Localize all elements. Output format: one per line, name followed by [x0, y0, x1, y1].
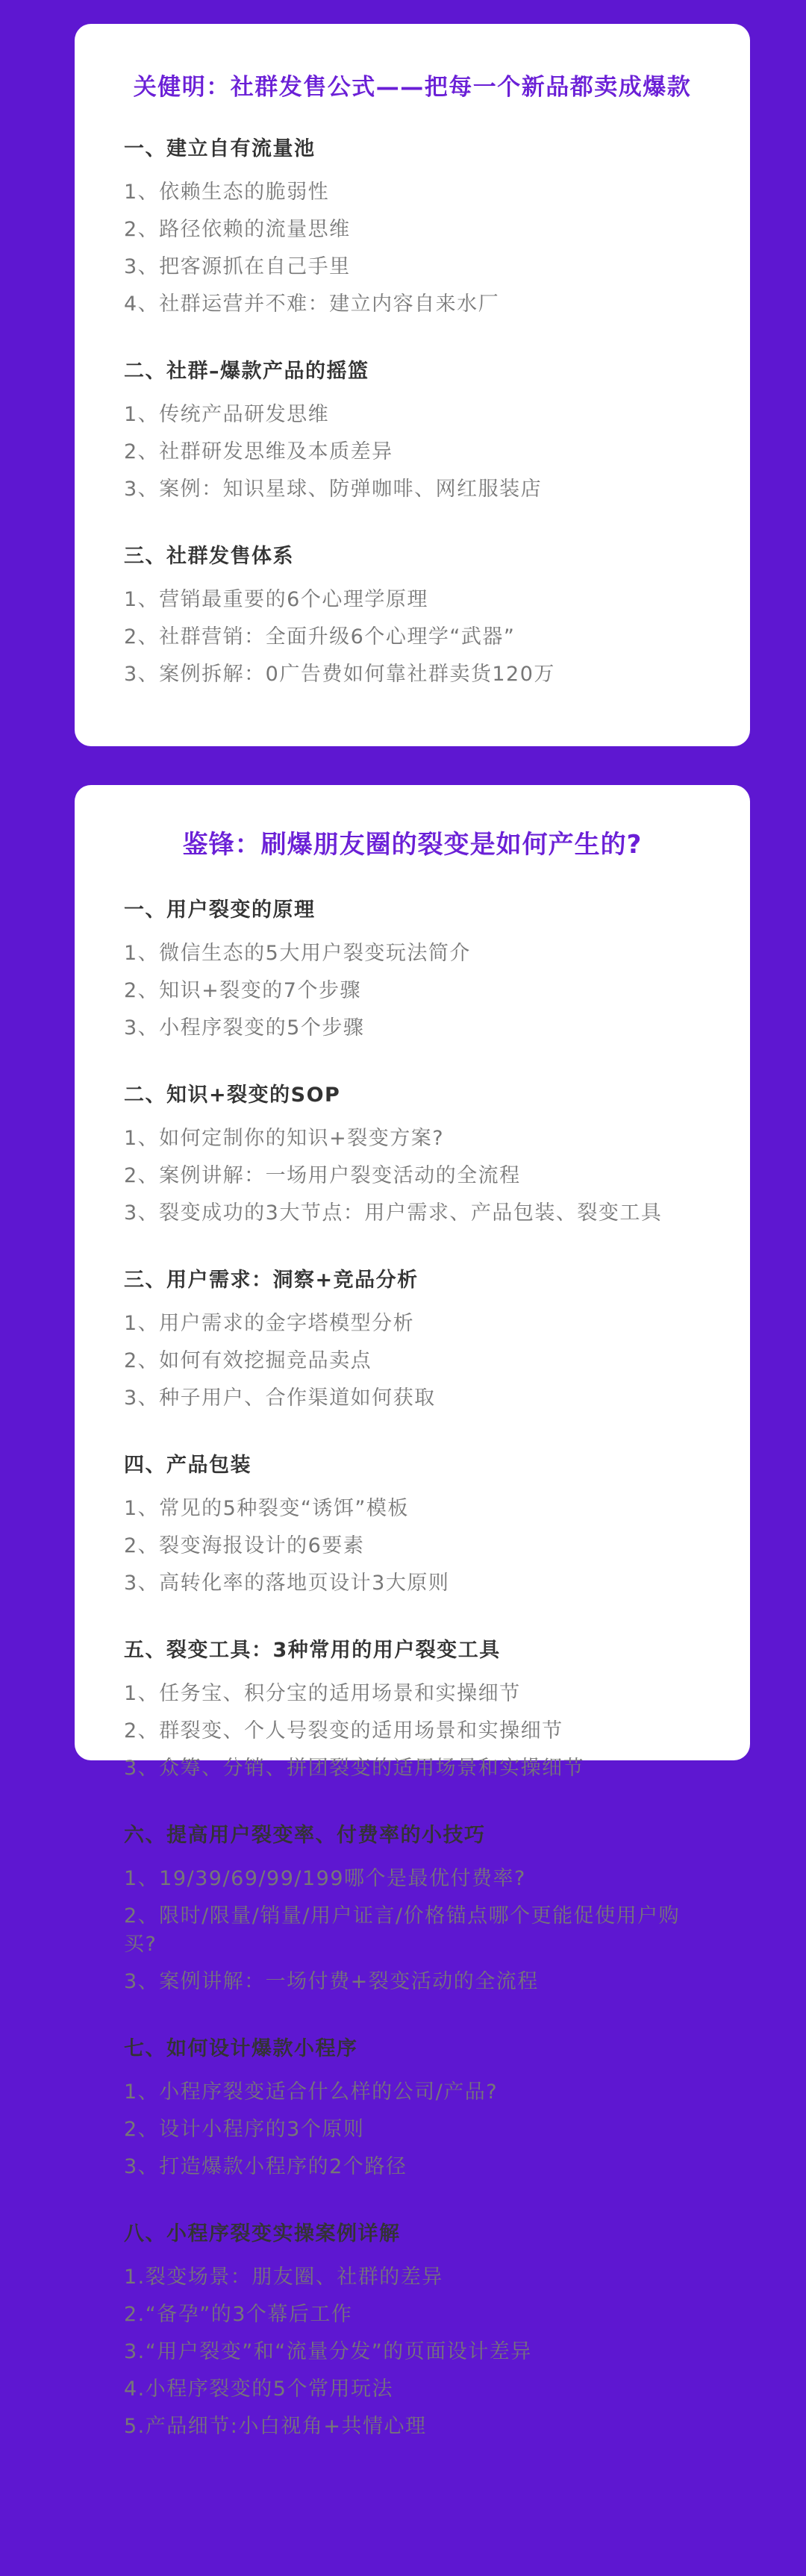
outline-item: 2.“备孕”的3个幕后工作 [124, 2301, 702, 2329]
section-heading: 二、知识+裂变的SOP [124, 1081, 705, 1110]
outline-item: 5.产品细节:小白视角+共情心理 [124, 2413, 702, 2441]
section-heading: 四、产品包装 [124, 1451, 705, 1480]
outline-section: 四、产品包装 1、常见的5种裂变“诱饵”模板 2、裂变海报设计的6要素 3、高转… [124, 1451, 705, 1598]
outline-section: 一、用户裂变的原理 1、微信生态的5大用户裂变玩法简介 2、知识+裂变的7个步骤… [124, 896, 705, 1042]
outline-item: 1、微信生态的5大用户裂变玩法简介 [124, 940, 702, 968]
outline-item: 1.裂变场景：朋友圈、社群的差异 [124, 2263, 702, 2292]
outline-section: 六、提高用户裂变率、付费率的小技巧 1、19/39/69/99/199哪个是最优… [124, 1822, 705, 1996]
outline-item: 2、社群营销：全面升级6个心理学“武器” [124, 623, 702, 651]
outline-item: 2、路径依赖的流量思维 [124, 216, 702, 244]
outline-item: 2、限时/限量/销量/用户证言/价格锚点哪个更能促使用户购买? [124, 1902, 702, 1959]
outline-item: 2、如何有效挖掘竞品卖点 [124, 1347, 702, 1375]
outline-item: 2、知识+裂变的7个步骤 [124, 977, 702, 1005]
section-heading: 七、如何设计爆款小程序 [124, 2035, 705, 2063]
outline-item: 1、19/39/69/99/199哪个是最优付费率? [124, 1865, 702, 1893]
outline-item: 1、任务宝、积分宝的适用场景和实操细节 [124, 1680, 702, 1708]
outline-item: 3、高转化率的落地页设计3大原则 [124, 1569, 702, 1598]
course-card-guan-jianming: 关健明：社群发售公式——把每一个新品都卖成爆款 一、建立自有流量池 1、依赖生态… [75, 24, 750, 746]
outline-section: 三、用户需求：洞察+竞品分析 1、用户需求的金字塔模型分析 2、如何有效挖掘竞品… [124, 1266, 705, 1413]
section-heading: 二、社群–爆款产品的摇篮 [124, 357, 705, 386]
section-heading: 五、裂变工具：3种常用的用户裂变工具 [124, 1636, 705, 1665]
outline-item: 3、种子用户、合作渠道如何获取 [124, 1384, 702, 1413]
outline-section: 七、如何设计爆款小程序 1、小程序裂变适合什么样的公司/产品? 2、设计小程序的… [124, 2035, 705, 2181]
outline-item: 3、众筹、分销、拼团裂变的适用场景和实操细节 [124, 1754, 702, 1783]
outline-item: 1、营销最重要的6个心理学原理 [124, 586, 702, 614]
section-heading: 一、用户裂变的原理 [124, 896, 705, 925]
outline-section: 二、知识+裂变的SOP 1、如何定制你的知识+裂变方案? 2、案例讲解：一场用户… [124, 1081, 705, 1228]
section-heading: 三、用户需求：洞察+竞品分析 [124, 1266, 705, 1295]
outline-item: 3、案例：知识星球、防弹咖啡、网红服装店 [124, 475, 702, 504]
outline-item: 3、案例拆解：0广告费如何靠社群卖货120万 [124, 660, 702, 689]
outline-item: 2、设计小程序的3个原则 [124, 2116, 702, 2144]
outline-item: 3、小程序裂变的5个步骤 [124, 1014, 702, 1042]
outline-item: 2、案例讲解：一场用户裂变活动的全流程 [124, 1162, 702, 1190]
outline-item: 3、把客源抓在自己手里 [124, 253, 702, 281]
card-title: 关健明：社群发售公式——把每一个新品都卖成爆款 [75, 72, 750, 102]
outline-item: 3、裂变成功的3大节点：用户需求、产品包装、裂变工具 [124, 1199, 702, 1228]
section-heading: 八、小程序裂变实操案例详解 [124, 2220, 705, 2248]
outline-section: 三、社群发售体系 1、营销最重要的6个心理学原理 2、社群营销：全面升级6个心理… [124, 543, 705, 689]
outline-item: 2、裂变海报设计的6要素 [124, 1532, 702, 1560]
outline-item: 2、群裂变、个人号裂变的适用场景和实操细节 [124, 1717, 702, 1745]
card-title: 鉴锋：刷爆朋友圈的裂变是如何产生的? [75, 828, 750, 861]
section-heading: 一、建立自有流量池 [124, 135, 705, 163]
outline-item: 2、社群研发思维及本质差异 [124, 438, 702, 466]
outline-item: 3、案例讲解：一场付费+裂变活动的全流程 [124, 1968, 702, 1996]
section-heading: 六、提高用户裂变率、付费率的小技巧 [124, 1822, 705, 1850]
outline-item: 3、打造爆款小程序的2个路径 [124, 2153, 702, 2181]
section-heading: 三、社群发售体系 [124, 543, 705, 571]
outline-item: 1、如何定制你的知识+裂变方案? [124, 1125, 702, 1153]
course-card-jian-feng: 鉴锋：刷爆朋友圈的裂变是如何产生的? 一、用户裂变的原理 1、微信生态的5大用户… [75, 785, 750, 1760]
outline-item: 1、小程序裂变适合什么样的公司/产品? [124, 2078, 702, 2107]
outline-item: 1、依赖生态的脆弱性 [124, 178, 702, 207]
outline-item: 1、传统产品研发思维 [124, 401, 702, 429]
outline-item: 1、用户需求的金字塔模型分析 [124, 1310, 702, 1338]
outline-section: 一、建立自有流量池 1、依赖生态的脆弱性 2、路径依赖的流量思维 3、把客源抓在… [124, 135, 705, 319]
outline-section: 五、裂变工具：3种常用的用户裂变工具 1、任务宝、积分宝的适用场景和实操细节 2… [124, 1636, 705, 1783]
outline-section: 八、小程序裂变实操案例详解 1.裂变场景：朋友圈、社群的差异 2.“备孕”的3个… [124, 2220, 705, 2441]
outline-item: 4、社群运营并不难：建立内容自来水厂 [124, 290, 702, 319]
outline-item: 4.小程序裂变的5个常用玩法 [124, 2375, 702, 2404]
outline-item: 3.“用户裂变”和“流量分发”的页面设计差异 [124, 2338, 702, 2366]
outline-item: 1、常见的5种裂变“诱饵”模板 [124, 1495, 702, 1523]
outline-section: 二、社群–爆款产品的摇篮 1、传统产品研发思维 2、社群研发思维及本质差异 3、… [124, 357, 705, 504]
